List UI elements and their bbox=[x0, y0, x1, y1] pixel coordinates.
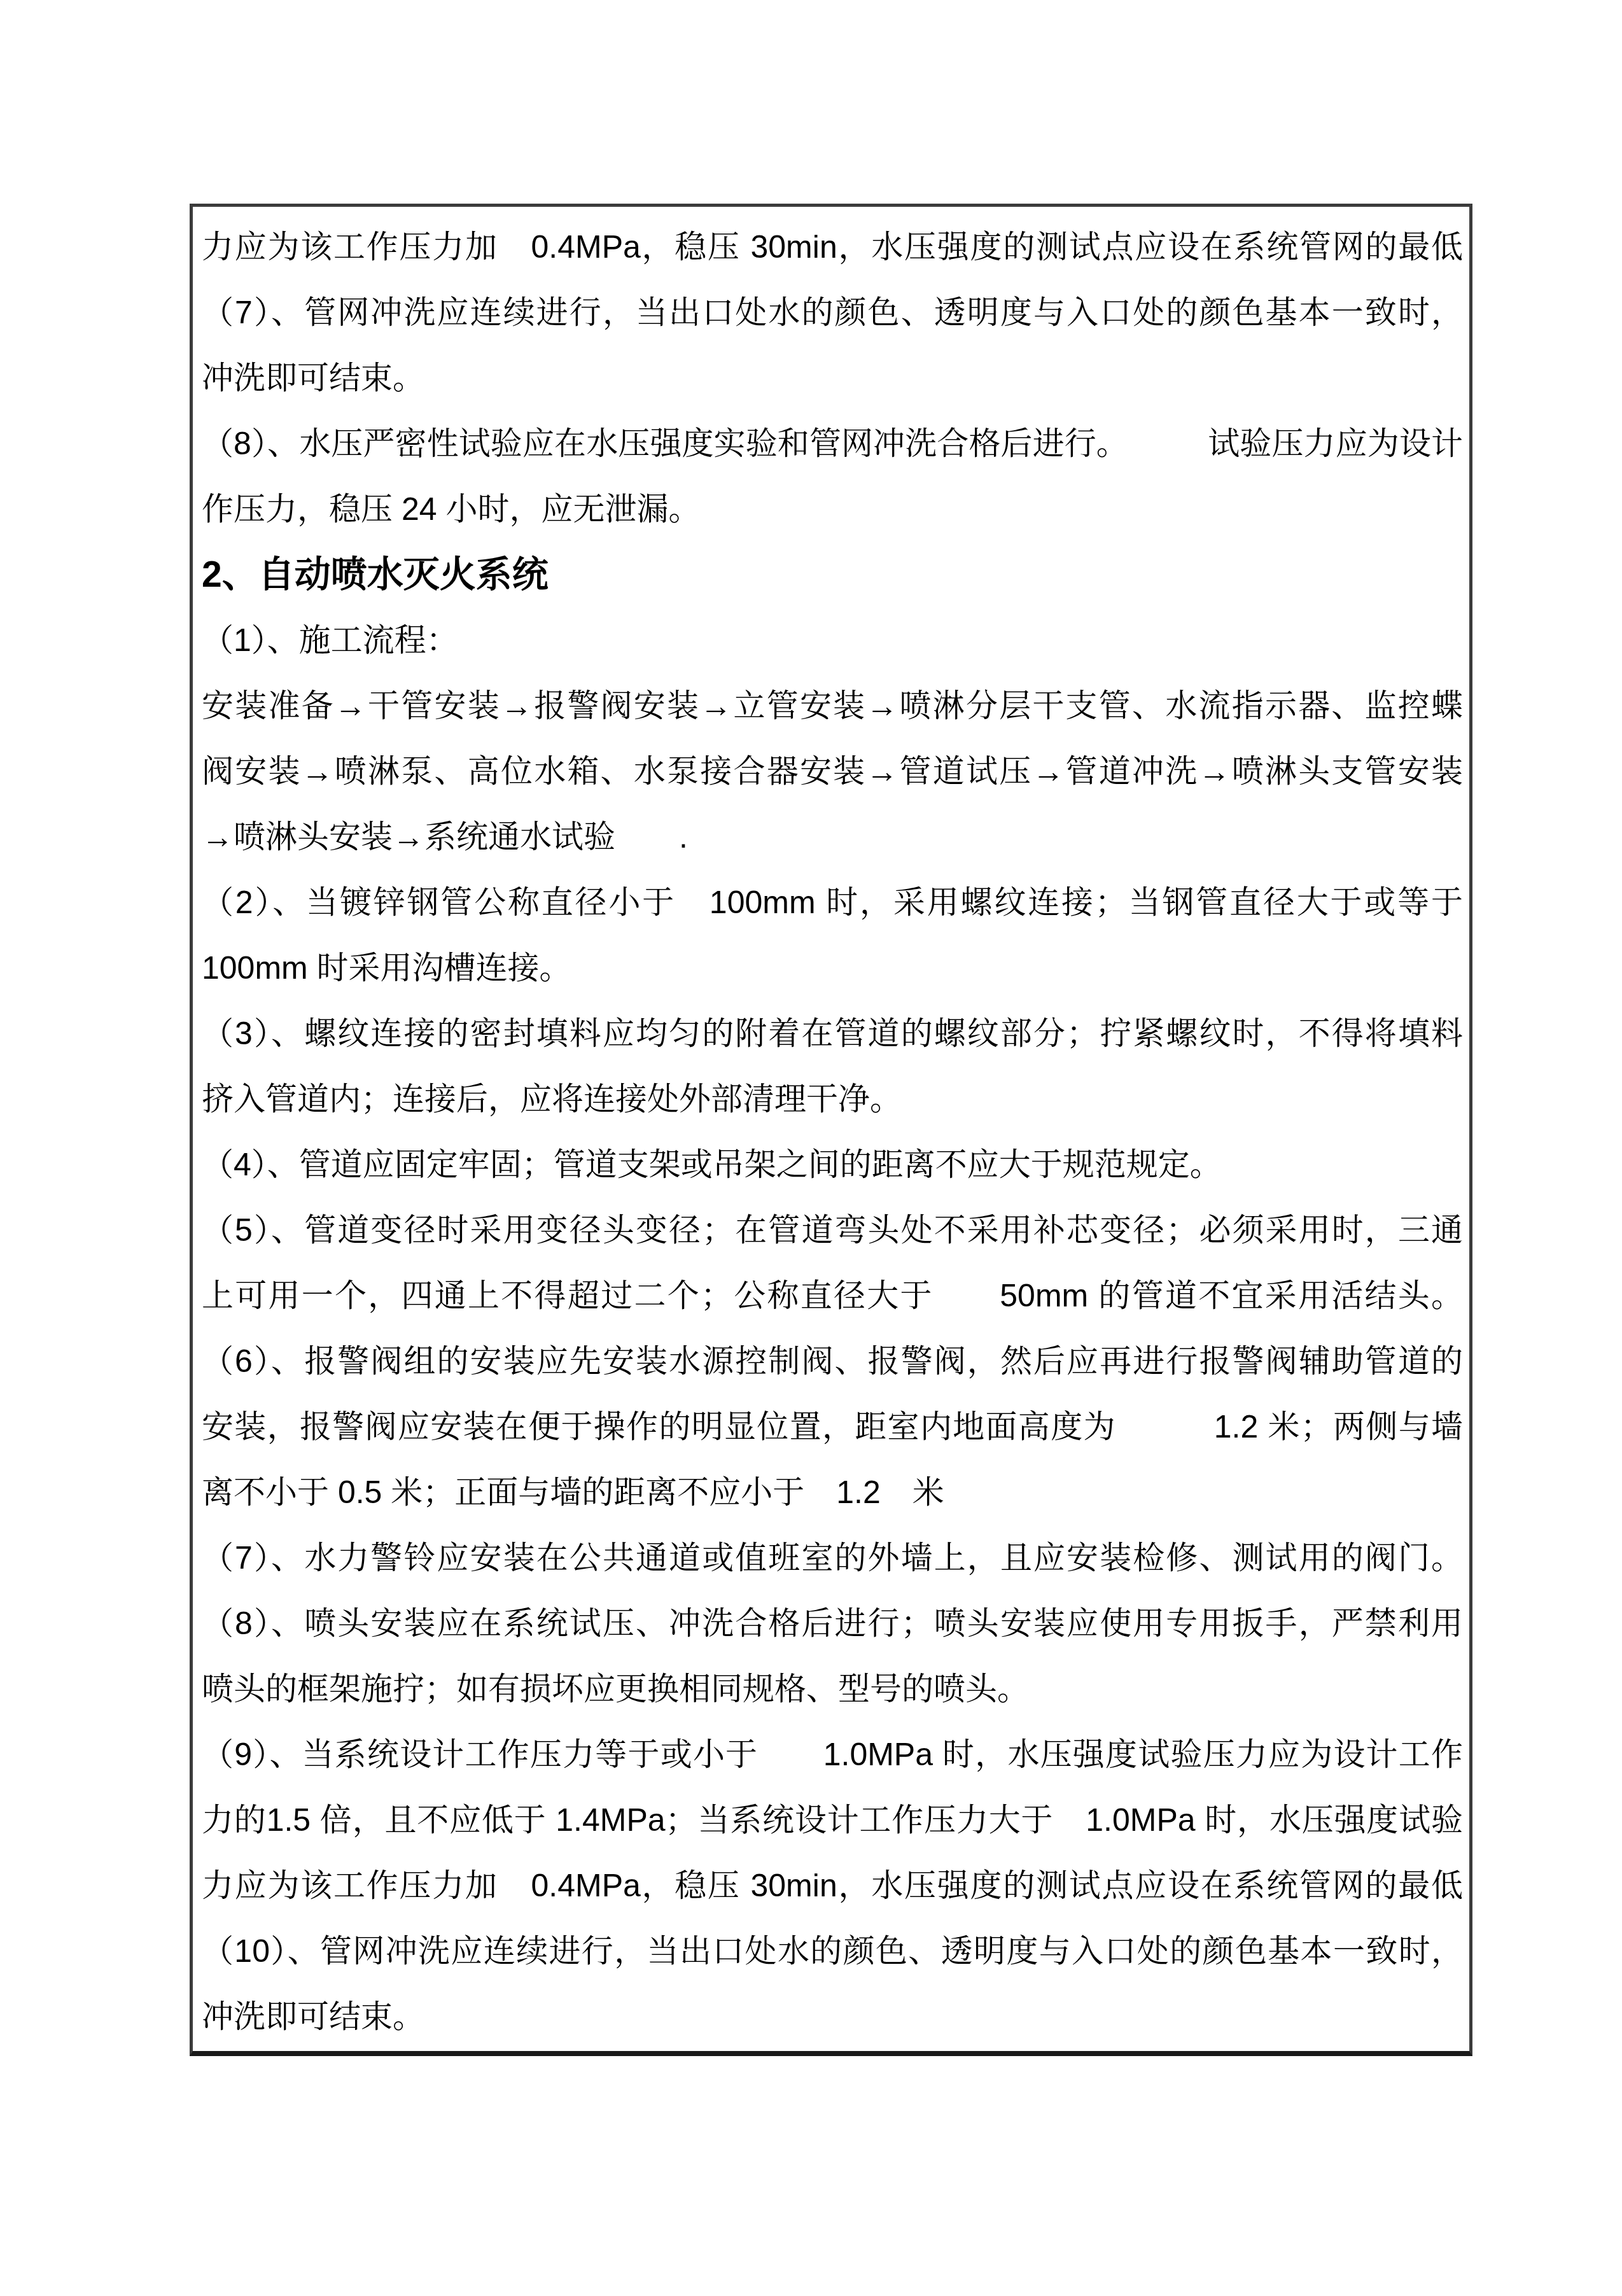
text-line: （8）、喷头安装应在系统试压、冲洗合格后进行；喷头安装应使用专用扳手，严禁利用 bbox=[202, 1591, 1463, 1656]
text-line: →喷淋头安装→系统通水试验 . bbox=[202, 804, 1463, 870]
section-heading: 2、自动喷水灭火系统 bbox=[202, 542, 1463, 608]
text-line: 阀安装→喷淋泵、高位水箱、水泵接合器安装→管道试压→管道冲洗→喷淋头支管安装 bbox=[202, 739, 1463, 804]
text-line: 冲洗即可结束。 bbox=[202, 346, 1463, 411]
text-line: （10）、管网冲洗应连续进行，当出口处水的颜色、透明度与入口处的颜色基本一致时， bbox=[202, 1919, 1463, 1984]
text-line: 100mm 时采用沟槽连接。 bbox=[202, 935, 1463, 1001]
text-line: 喷头的框架施拧；如有损坏应更换相同规格、型号的喷头。 bbox=[202, 1656, 1463, 1722]
text-line: （2）、当镀锌钢管公称直径小于 100mm 时，采用螺纹连接；当钢管直径大于或等… bbox=[202, 870, 1463, 935]
text-line: （5）、管道变径时采用变径头变径；在管道弯头处不采用补芯变径；必须采用时，三通 bbox=[202, 1198, 1463, 1263]
text-line: （7）、水力警铃应安装在公共通道或值班室的外墙上，且应安装检修、测试用的阀门。 bbox=[202, 1525, 1463, 1591]
document-border-box: 力应为该工作压力加 0.4MPa，稳压 30min，水压强度的测试点应设在系统管… bbox=[190, 204, 1472, 2056]
page: 力应为该工作压力加 0.4MPa，稳压 30min，水压强度的测试点应设在系统管… bbox=[0, 0, 1622, 2296]
document-text: 力应为该工作压力加 0.4MPa，稳压 30min，水压强度的测试点应设在系统管… bbox=[202, 214, 1463, 2050]
text-line: 力应为该工作压力加 0.4MPa，稳压 30min，水压强度的测试点应设在系统管… bbox=[202, 214, 1463, 280]
text-line: 力应为该工作压力加 0.4MPa，稳压 30min，水压强度的测试点应设在系统管… bbox=[202, 1853, 1463, 1919]
text-line: 冲洗即可结束。 bbox=[202, 1984, 1463, 2050]
text-line: （6）、报警阀组的安装应先安装水源控制阀、报警阀，然后应再进行报警阀辅助管道的 bbox=[202, 1329, 1463, 1394]
text-line: （1）、施工流程： bbox=[202, 608, 1463, 673]
text-line: （9）、当系统设计工作压力等于或小于 1.0MPa 时，水压强度试验压力应为设计… bbox=[202, 1722, 1463, 1788]
text-line: （4）、管道应固定牢固；管道支架或吊架之间的距离不应大于规范规定。 bbox=[202, 1132, 1463, 1198]
text-line: 力的1.5 倍，且不应低于 1.4MPa；当系统设计工作压力大于 1.0MPa … bbox=[202, 1788, 1463, 1853]
text-line: （7）、管网冲洗应连续进行，当出口处水的颜色、透明度与入口处的颜色基本一致时， bbox=[202, 280, 1463, 346]
text-line: 上可用一个，四通上不得超过二个；公称直径大于 50mm 的管道不宜采用活结头。 bbox=[202, 1263, 1463, 1329]
text-line: （3）、螺纹连接的密封填料应均匀的附着在管道的螺纹部分；拧紧螺纹时，不得将填料 bbox=[202, 1001, 1463, 1067]
text-line: （8）、水压严密性试验应在水压强度实验和管网冲洗合格后进行。 试验压力应为设计工 bbox=[202, 411, 1463, 477]
text-line: 离不小于 0.5 米；正面与墙的距离不应小于 1.2 米 bbox=[202, 1460, 1463, 1525]
text-line: 挤入管道内；连接后，应将连接处外部清理干净。 bbox=[202, 1067, 1463, 1132]
text-line: 安装准备→干管安装→报警阀安装→立管安装→喷淋分层干支管、水流指示器、监控蝶 bbox=[202, 673, 1463, 739]
text-line: 作压力，稳压 24 小时，应无泄漏。 bbox=[202, 477, 1463, 542]
text-line: 安装，报警阀应安装在便于操作的明显位置，距室内地面高度为 1.2 米；两侧与墙的… bbox=[202, 1394, 1463, 1460]
